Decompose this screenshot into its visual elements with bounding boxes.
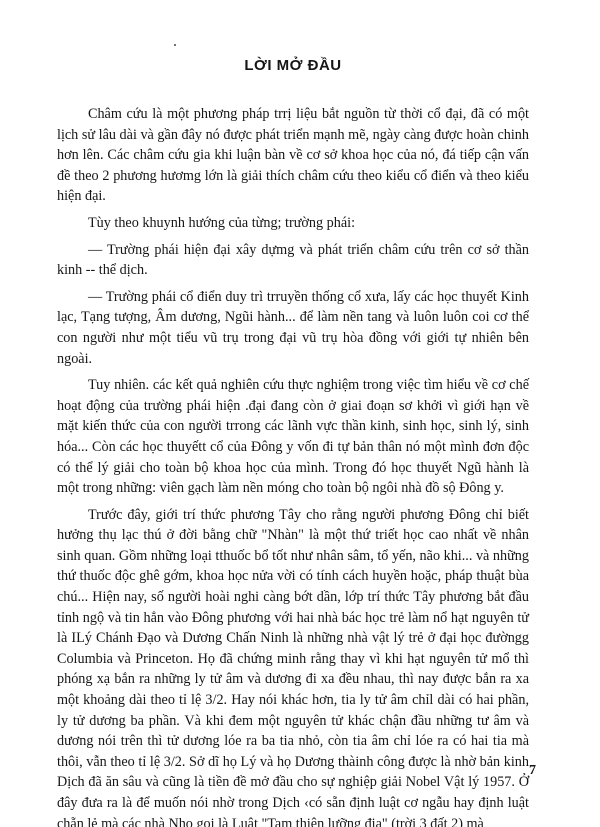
- page-number: 7: [529, 763, 536, 779]
- paragraph-intro: Châm cứu là một phương pháp trrị liệu bắ…: [57, 104, 529, 207]
- document-body: Châm cứu là một phương pháp trrị liệu bắ…: [57, 104, 529, 827]
- paragraph-schools-intro: Tùy theo khuynh hướng của từng; trường p…: [57, 213, 529, 234]
- paragraph-western-view: Trước đây, giới trí thức phương Tây cho …: [57, 505, 529, 827]
- scan-speck: [174, 44, 176, 46]
- paragraph-classical-school: — Trường phái cổ điển duy trì trruyền th…: [57, 287, 529, 369]
- page-title: LỜI MỞ ĐẦU: [57, 57, 529, 74]
- paragraph-modern-school: — Trường phái hiện đại xây dựmg và phát …: [57, 240, 529, 281]
- paragraph-however: Tuy nhiên. các kết quả nghiên cứu thực n…: [57, 375, 529, 499]
